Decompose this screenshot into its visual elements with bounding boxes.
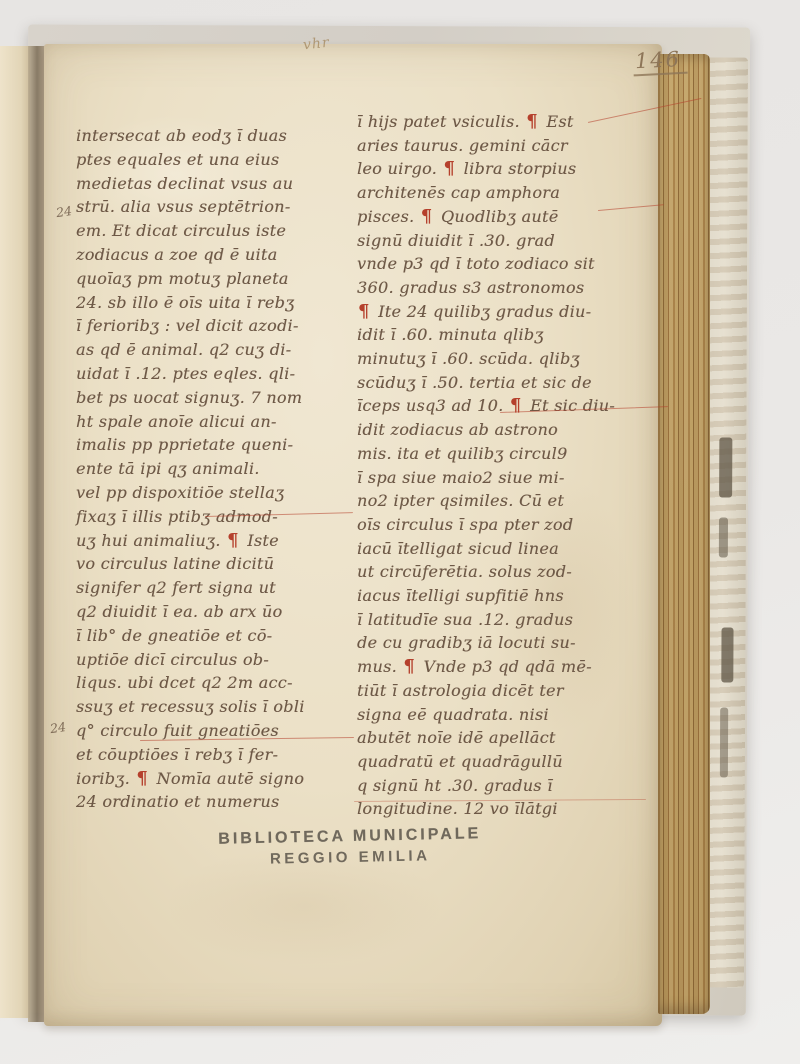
cover-stain xyxy=(719,517,728,557)
manuscript-line: signa eē quadrata. nisi xyxy=(357,703,647,727)
manuscript-line: imalis pp pprietate queni- xyxy=(76,433,350,457)
pilcrow-icon: ¶ xyxy=(136,768,148,789)
manuscript-line: ente tā ipi qʒ animali. xyxy=(76,457,350,481)
manuscript-line: ssuʒ et recessuʒ solis ī obli xyxy=(76,695,350,719)
fore-edge-leaves xyxy=(658,54,710,1014)
manuscript-line: ī ferioribʒ : vel dicit azodi- xyxy=(76,314,350,338)
manuscript-line: ht spale anoīe alicui an- xyxy=(76,410,350,434)
manuscript-line: ī spa siue maio2 siue mi- xyxy=(357,466,647,490)
pilcrow-icon: ¶ xyxy=(358,301,370,322)
manuscript-line: ut circūferētia. solus zod- xyxy=(357,560,647,584)
marginal-note-upper: 24 xyxy=(55,203,73,220)
manuscript-line: ptes equales et una eius xyxy=(76,148,350,172)
cover-stain xyxy=(720,707,728,777)
manuscript-line: signū diuidit ī .30. grad xyxy=(357,229,647,253)
manuscript-line: tiūt ī astrologia dicēt ter xyxy=(357,679,647,703)
quire-mark: vhr xyxy=(302,35,330,54)
cover-stain xyxy=(719,437,732,497)
manuscript-line: uidat ī .12. ptes eqles. qli- xyxy=(76,362,350,386)
manuscript-line: mus. ¶ Vnde p3 qd qdā mē- xyxy=(357,655,647,679)
manuscript-line: no2 ipter qsimiles. Cū et xyxy=(357,489,647,513)
pilcrow-icon: ¶ xyxy=(403,656,415,677)
pilcrow-icon: ¶ xyxy=(526,111,538,132)
manuscript-line: em. Et dicat circulus iste xyxy=(76,219,350,243)
manuscript-line: zodiacus a zoe qd ē uita xyxy=(76,243,350,267)
manuscript-line: quoīaʒ pm motuʒ planeta xyxy=(76,267,350,291)
manuscript-line: q signū ht .30. gradus ī xyxy=(357,774,647,798)
manuscript-line: vnde p3 qd ī toto zodiaco sit xyxy=(357,252,647,276)
manuscript-line: scūduʒ ī .50. tertia et sic de xyxy=(357,371,647,395)
manuscript-line: as qd ē animal. q2 cuʒ di- xyxy=(76,338,350,362)
manuscript-line: intersecat ab eodʒ ī duas xyxy=(76,124,350,148)
manuscript-line: idit zodiacus ab astrono xyxy=(357,418,647,442)
manuscript-line: vel pp dispoxitiōe stellaʒ xyxy=(76,481,350,505)
manuscript-line: minutuʒ ī .60. scūda. qlibʒ xyxy=(357,347,647,371)
manuscript-line: q2 diuidit ī ea. ab arx ūo xyxy=(76,600,350,624)
manuscript-line: ī hijs patet vsiculis. ¶ Est xyxy=(357,110,647,134)
manuscript-line: bet ps uocat signuʒ. 7 nom xyxy=(76,386,350,410)
marginal-note-lower: 24 xyxy=(49,719,67,736)
manuscript-line: signifer q2 fert signa ut xyxy=(76,576,350,600)
manuscript-line: abutēt noīe idē apellāct xyxy=(357,726,647,750)
left-text-column: intersecat ab eodʒ ī duasptes equales et… xyxy=(76,124,350,814)
manuscript-line: de cu gradibʒ iā locuti su- xyxy=(357,631,647,655)
cover-stain xyxy=(721,627,733,682)
previous-leaf-edge xyxy=(0,46,30,1018)
manuscript-line: liqus. ubi dcet q2 2m acc- xyxy=(76,671,350,695)
manuscript-line: pisces. ¶ Quodlibʒ autē xyxy=(357,205,647,229)
manuscript-line: aries taurus. gemini cācr xyxy=(357,134,647,158)
pilcrow-icon: ¶ xyxy=(443,158,455,179)
manuscript-line: iacū ītelligat sicud linea xyxy=(357,537,647,561)
manuscript-line: 24 ordinatio et numerus xyxy=(76,790,350,814)
manuscript-line: quadratū et quadrāgullū xyxy=(357,750,647,774)
manuscript-line: mis. ita et quilibʒ circul9 xyxy=(357,442,647,466)
manuscript-line: 24. sb illo ē oīs uita ī rebʒ xyxy=(76,291,350,315)
right-text-column: ī hijs patet vsiculis. ¶ Estaries taurus… xyxy=(357,110,647,821)
manuscript-line: ī lib° de gneatiōe et cō- xyxy=(76,624,350,648)
manuscript-line: medietas declinat vsus au xyxy=(76,172,350,196)
manuscript-line: uptiōe dicī circulus ob- xyxy=(76,648,350,672)
manuscript-line: leo uirgo. ¶ libra storpius xyxy=(357,157,647,181)
folio-number: 146 xyxy=(632,47,687,77)
manuscript-line: 360. gradus s3 astronomos xyxy=(357,276,647,300)
manuscript-line: ¶ Ite 24 quilibʒ gradus diu- xyxy=(357,300,647,324)
pilcrow-icon: ¶ xyxy=(421,206,433,227)
manuscript-line: īceps usq3 ad 10. ¶ Et sic diu- xyxy=(357,394,647,418)
manuscript-line: idit ī .60. minuta qlibʒ xyxy=(357,323,647,347)
pilcrow-icon: ¶ xyxy=(227,530,239,551)
manuscript-line: architenēs cap amphora xyxy=(357,181,647,205)
manuscript-line: uʒ hui animaliuʒ. ¶ Iste xyxy=(76,529,350,553)
manuscript-line: vo circulus latine dicitū xyxy=(76,552,350,576)
manuscript-line: et cōuptiōes ī rebʒ ī fer- xyxy=(76,743,350,767)
pilcrow-icon: ¶ xyxy=(510,395,522,416)
library-stamp: BIBLIOTECA MUNICIPALE REGGIO EMILIA xyxy=(180,824,521,869)
manuscript-line: strū. alia vsus septētrion- xyxy=(76,195,350,219)
manuscript-line: ī latitudīe sua .12. gradus xyxy=(357,608,647,632)
manuscript-line: iacus ītelligi supfitiē hns xyxy=(357,584,647,608)
manuscript-line: ioribʒ. ¶ Nomīa autē signo xyxy=(76,767,350,791)
manuscript-line: oīs circulus ī spa pter zod xyxy=(357,513,647,537)
